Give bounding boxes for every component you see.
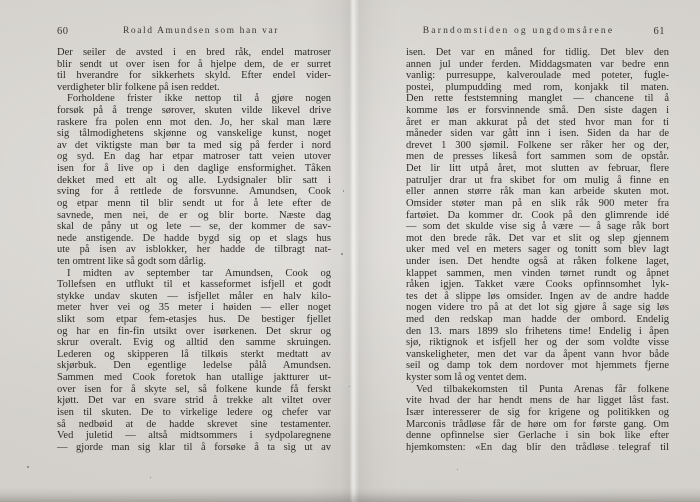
text-line: Det lir litt utpå året, mot slutten av f… — [406, 163, 669, 175]
text-line: Ved tilbakekomsten til Punta Arenas får … — [406, 384, 669, 396]
text-line: forsøk på å trenge sørover, skuten vilde… — [57, 105, 331, 117]
text-line: under isen. Det hendte også at råken fol… — [406, 256, 669, 268]
paper-speck — [457, 469, 458, 470]
right-page-number: 61 — [654, 26, 666, 37]
text-line: skjørbuk. Den egentlige ledelse pålå Amu… — [57, 360, 331, 372]
text-line: sving for å rettlede de forsvunne. Amund… — [57, 186, 331, 198]
text-line: fartøiet. Da kommer dr. Cook på den glim… — [406, 210, 669, 222]
text-line: vite hvad der har hendt mens de har ligg… — [406, 395, 669, 407]
paper-speck — [150, 477, 151, 478]
text-line: savnede, men nei, de er og blir borte. N… — [57, 210, 331, 222]
text-line: kyster som lå og ventet dem. — [406, 372, 669, 384]
text-line: tes det å slippe løs omsider. Ingen av d… — [406, 291, 669, 303]
text-line: over isen for å skyte sel, så folkene ku… — [57, 384, 331, 396]
text-line: Marconis trådløse får de høre om for før… — [406, 419, 669, 431]
text-line: til hverandre for sikkerhets skyld. Efte… — [57, 70, 331, 82]
text-line: isen for å live op i den daglige ensform… — [57, 163, 331, 175]
text-line: komme løs er forsvinnende små. Den siste… — [406, 105, 669, 117]
text-line: Lederen og skipperen lå tilkøis sterkt m… — [57, 349, 331, 361]
text-line: annen jul under ferden. Middagsmaten var… — [406, 59, 669, 71]
left-page-header: 60 Roald Amundsen som han var — [57, 26, 331, 40]
text-line: ten omtrent like så godt som dårlig. — [57, 256, 331, 268]
text-line: denne opfinnelse sier Gerlache i sin bok… — [406, 430, 669, 442]
text-line: Der seiler de avsted i en bred råk, ende… — [57, 47, 331, 59]
text-line: klappet sammen, men vinden tørnet rundt … — [406, 268, 669, 280]
text-line: — som det skulde vise sig å være — å sag… — [406, 221, 669, 233]
right-page-text: isen. Det var en måned for tidlig. Det b… — [406, 47, 669, 453]
text-line: blir sendt ut over isen for å hjelpe dem… — [57, 59, 331, 71]
text-line: skrur overalt. Evig og alltid den samme … — [57, 337, 331, 349]
text-line: uker med vel en meters sager og tonitt s… — [406, 244, 669, 256]
text-line: dekket med ett alt og alle. Lydsignaler … — [57, 175, 331, 187]
text-line: slikt som etpar fem-etasjes hus. De best… — [57, 314, 331, 326]
paper-speck — [27, 466, 29, 468]
right-running-title: Barndomstiden og ungdomsårene — [406, 26, 669, 36]
left-page-text: Der seiler de avsted i en bred råk, ende… — [57, 47, 331, 453]
text-line: ute på isen av isblokker, her hadde de t… — [57, 244, 331, 256]
text-line: sig tålmodighetens skjønne og vanskelige… — [57, 128, 331, 140]
text-line: måneder siden var gått inn i isen. Siden… — [406, 128, 669, 140]
text-line: og har en fin-fin utsikt over isørkenen.… — [57, 326, 331, 338]
text-line: vanlig: purresuppe, kalveroulade med pot… — [406, 70, 669, 82]
text-line: og etpar menn til blir sendt ut for å le… — [57, 198, 331, 210]
text-line: den 13. mars 1899 slo frihetens time! En… — [406, 326, 669, 338]
paper-speck — [613, 449, 614, 450]
text-line: Sammen med Cook foretok han utallige jak… — [57, 372, 331, 384]
text-line: hjemkomsten: «En dag blir den trådløse t… — [406, 442, 669, 454]
text-line: nogen videre tro på at det lot sig gjøre… — [406, 302, 669, 314]
text-line: drevet 1 300 sjømil. Folkene ser råker h… — [406, 140, 669, 152]
text-line: raskere fra polen enn mot den. Jo, her s… — [57, 117, 331, 129]
text-line: og syd. En dag har etpar matroser tatt v… — [57, 151, 331, 163]
text-line: I midten av september tar Amundsen, Cook… — [57, 268, 331, 280]
text-line: mot den brede råk. Det var et slit og sl… — [406, 233, 669, 245]
text-line: postei, plumpudding med rom, konjakk til… — [406, 82, 669, 94]
text-line: kjøtt. Det var en svare strid å trekke a… — [57, 395, 331, 407]
text-line: men de presses likeså fort sammen som de… — [406, 151, 669, 163]
text-line: sjø, riktignok et isfjell her og der som… — [406, 337, 669, 349]
paper-speck — [341, 253, 343, 255]
text-line: verdigheter blir folkene på isen reddet. — [57, 82, 331, 94]
right-page-header: Barndomstiden og ungdomsårene 61 — [406, 26, 669, 40]
text-line: av det viktigste man bør ta med sig på f… — [57, 140, 331, 152]
text-line: seil og damp tok dem nordover mot hjemme… — [406, 360, 669, 372]
text-line: Ved juletid — altså midtsommers i sydpol… — [57, 430, 331, 442]
text-line: eller annen større råk man kan arbeide s… — [406, 186, 669, 198]
left-page-number: 60 — [57, 26, 69, 37]
text-line: isen til skuten. De to virkelige ledere … — [57, 407, 331, 419]
text-line: — gjorde man sig klar til å forsøke å ta… — [57, 442, 331, 454]
text-line: Den rette feststemning manglet — chancen… — [406, 93, 669, 105]
text-line: Forholdene frister ikke nettop til å gjø… — [57, 93, 331, 105]
paper-speck — [343, 190, 344, 192]
text-line: isen. Det var en måned for tidlig. Det b… — [406, 47, 669, 59]
paper-speck — [349, 386, 350, 387]
text-line: Omsider støter man på en slik råk 900 me… — [406, 198, 669, 210]
text-line: stykke undav skuten — isfjellet måler en… — [57, 291, 331, 303]
left-running-title: Roald Amundsen som han var — [57, 26, 331, 36]
text-line: året er man akkurat på det sted hvor man… — [406, 117, 669, 129]
text-line: vanskeligheter, men det var da åpent van… — [406, 349, 669, 361]
text-line: Tollefsen en utflukt til et kasseformet … — [57, 279, 331, 291]
text-line: Især interesserer de sig for krigene og … — [406, 407, 669, 419]
book-spread: 60 Roald Amundsen som han var Barndomsti… — [0, 0, 700, 502]
text-line: råken igjen. Takket være Cooks opfinnsom… — [406, 279, 669, 291]
text-line: patruljer drar ut fra skibet for om muli… — [406, 175, 669, 187]
text-line: nede anstigende. De hadde bygd sig op et… — [57, 233, 331, 245]
text-line: så nedbøid at de hadde skrevet sine test… — [57, 419, 331, 431]
text-line: meter hver vei og 35 meter i høiden — el… — [57, 302, 331, 314]
text-line: med den redskap man hadde der ombord. En… — [406, 314, 669, 326]
text-line: skal de påny ut og lete — se, der kommer… — [57, 221, 331, 233]
